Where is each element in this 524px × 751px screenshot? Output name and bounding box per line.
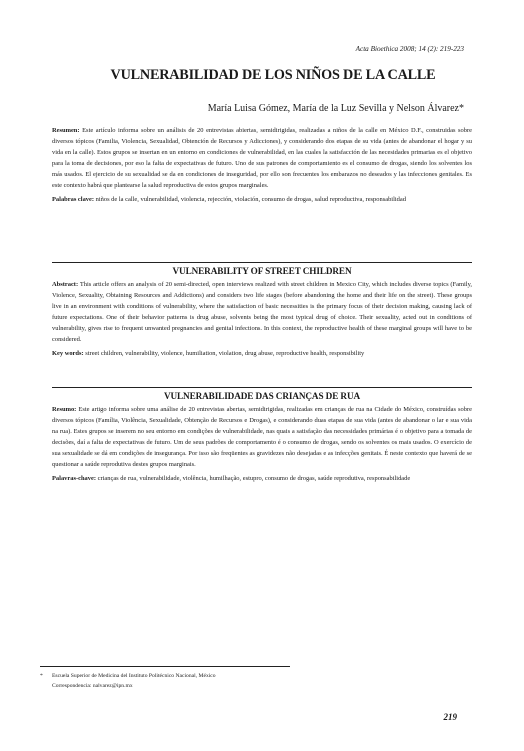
- portuguese-abstract: Resumo: Este artigo informa sobre uma an…: [52, 405, 472, 470]
- spanish-keywords: Palabras clave: niños de la calle, vulne…: [52, 195, 472, 206]
- footnote-affiliation-line: *Escuela Superior de Medicina del Instit…: [40, 672, 216, 682]
- footnote: *Escuela Superior de Medicina del Instit…: [40, 672, 216, 691]
- section-divider: [52, 262, 472, 263]
- spanish-abstract: Resumen: Este artículo informa sobre un …: [52, 126, 472, 191]
- english-keywords-text: street children, vulnerability, violence…: [85, 350, 364, 357]
- portuguese-keywords-text: crianças de rua, vulnerabilidade, violên…: [98, 475, 411, 482]
- spanish-abstract-text: Este artículo informa sobre un análisis …: [52, 127, 472, 189]
- portuguese-abstract-section: VULNERABILIDADE DAS CRIANÇAS DE RUA Resu…: [52, 387, 472, 485]
- english-keywords: Key words: street children, vulnerabilit…: [52, 349, 472, 360]
- english-abstract-section: VULNERABILITY OF STREET CHILDREN Abstrac…: [52, 262, 472, 360]
- english-section-heading: VULNERABILITY OF STREET CHILDREN: [52, 266, 472, 276]
- paper-page: Acta Bioethica 2008; 14 (2): 219-223 VUL…: [0, 0, 524, 751]
- footnote-correspondence: Correspondencia: nalvarez@ipn.mx: [40, 682, 216, 692]
- article-title: VULNERABILIDAD DE LOS NIÑOS DE LA CALLE: [0, 67, 524, 84]
- english-keywords-label: Key words:: [52, 350, 84, 357]
- portuguese-keywords-label: Palavras-chave:: [52, 475, 96, 482]
- portuguese-abstract-label: Resumo:: [52, 406, 76, 413]
- journal-reference: Acta Bioethica 2008; 14 (2): 219-223: [356, 45, 464, 53]
- footnote-divider: [40, 666, 290, 667]
- footnote-affiliation: Escuela Superior de Medicina del Institu…: [52, 673, 216, 679]
- section-divider: [52, 387, 472, 388]
- spanish-keywords-label: Palabras clave:: [52, 196, 94, 203]
- portuguese-keywords: Palavras-chave: crianças de rua, vulnera…: [52, 474, 472, 485]
- page-number: 219: [444, 712, 458, 722]
- spanish-abstract-section: Resumen: Este artículo informa sobre un …: [52, 126, 472, 206]
- footnote-mark: *: [40, 672, 52, 682]
- english-abstract-label: Abstract:: [52, 281, 78, 288]
- portuguese-section-heading: VULNERABILIDADE DAS CRIANÇAS DE RUA: [52, 391, 472, 401]
- authors-line: María Luisa Gómez, María de la Luz Sevil…: [208, 103, 464, 114]
- portuguese-abstract-text: Este artigo informa sobre uma análise de…: [52, 406, 472, 468]
- english-abstract: Abstract: This article offers an analysi…: [52, 280, 472, 345]
- spanish-keywords-text: niños de la calle, vulnerabilidad, viole…: [96, 196, 406, 203]
- spanish-abstract-label: Resumen:: [52, 127, 80, 134]
- english-abstract-text: This article offers an analysis of 20 se…: [52, 281, 472, 343]
